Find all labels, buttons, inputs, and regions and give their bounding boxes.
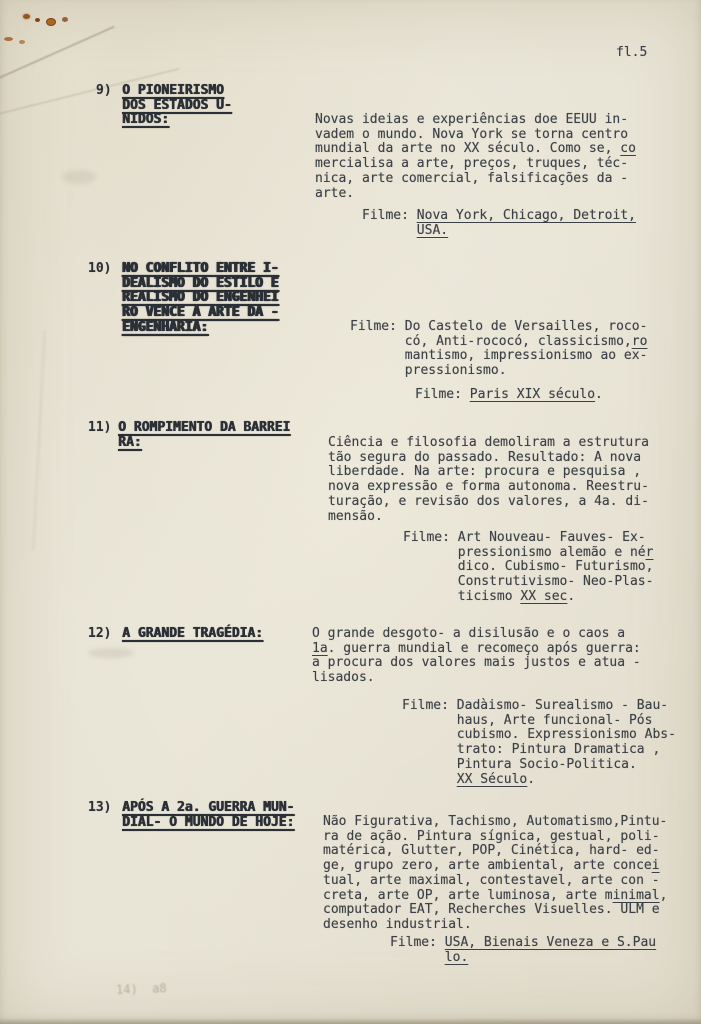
text-line: Filme: USA, Bienais Veneza e S.Pau [390, 936, 656, 951]
text-line: NIDOS: [122, 113, 232, 128]
text-line: pressionismo. [350, 364, 647, 379]
section-body: Não Figurativa, Tachismo, Automatismo,Pi… [323, 815, 667, 933]
filme-entry: Filme: Nova York, Chicago, Detroit, USA. [362, 209, 636, 238]
text-line: Filme: Nova York, Chicago, Detroit, [362, 209, 636, 224]
text-line: trato: Pintura Dramatica , [402, 743, 676, 758]
text-line: cubismo. Expressionismo Abs- [402, 728, 676, 743]
paper-crease [0, 26, 115, 81]
section-heading: O PIONEIRISMODOS ESTADOS U-NIDOS: [122, 84, 232, 128]
text-line: computador EAT, Recherches Visuelles. UL… [323, 903, 667, 918]
ink-smudge [88, 648, 134, 658]
text-line: Filme: Dadàismo- Surealismo - Bau- [402, 699, 676, 714]
text-line: tão segura do passado. Resultado: A nova [328, 451, 649, 466]
text-line: arte. [315, 187, 636, 202]
filme-entry: Filme: Do Castelo de Versailles, roco- c… [350, 320, 647, 379]
text-line: lisados. [312, 671, 641, 686]
section-body: Novas ideias e experiências doe EEUU in-… [315, 113, 636, 201]
text-line: liberdade. Na arte: procura e pesquisa , [328, 465, 649, 480]
section-number: 9) [96, 84, 112, 99]
filme-entry: Filme: USA, Bienais Veneza e S.Pau lo. [390, 936, 656, 965]
rust-stain [23, 14, 30, 19]
text-line: Não Figurativa, Tachismo, Automatismo,Pi… [323, 815, 667, 830]
text-line: O PIONEIRISMO [122, 84, 232, 99]
text-line: vadem o mundo. Nova York se torna centro [315, 128, 636, 143]
text-line: 1a. guerra mundial e recomeço após guerr… [312, 642, 641, 657]
section-heading: APÓS A 2a. GUERRA MUN-DIAL- O MUNDO DE H… [122, 801, 294, 830]
document-page: fl.5 9) O PIONEIRISMODOS ESTADOS U-NIDOS… [0, 0, 701, 1024]
section-heading: O ROMPIMENTO DA BARREIRA: [118, 421, 290, 450]
text-line: Construtivismo- Neo-Plas- [403, 575, 653, 590]
filme-entry: Filme: Paris XIX século. [415, 388, 603, 403]
text-line: mundial da arte no XX século. Como se, c… [315, 142, 636, 157]
section-body: O grande desgoto- a disilusão e o caos a… [312, 627, 641, 686]
text-line: lo. [390, 951, 656, 966]
text-line: Filme: Paris XIX século. [415, 388, 603, 403]
text-line: A GRANDE TRAGÉDIA: [122, 627, 263, 642]
text-line: Filme: Do Castelo de Versailles, roco- [350, 320, 647, 335]
text-line: Filme: Art Nouveau- Fauves- Ex- [403, 531, 653, 546]
filme-entry: Filme: Dadàismo- Surealismo - Bau- haus,… [402, 699, 676, 787]
text-line: tual, arte maximal, contestavel, arte co… [323, 874, 667, 889]
section-body: Ciência e filosofia demoliram a estrutur… [328, 436, 649, 524]
rust-stain [46, 18, 56, 26]
text-line: matérica, Glutter, POP, Cinética, hard- … [323, 844, 667, 859]
text-line: a procura dos valores mais justos e atua… [312, 656, 641, 671]
text-line: pressionismo alemão e nér [403, 546, 653, 561]
text-line: APÓS A 2a. GUERRA MUN- [122, 801, 294, 816]
text-line: dico. Cubismo- Futurismo, [403, 560, 653, 575]
text-line: REALISMO DO ENGENHEI [122, 291, 279, 306]
text-line: ge, grupo zero, arte ambiental, arte con… [323, 859, 667, 874]
text-line: USA. [362, 224, 636, 239]
text-line: DIAL- O MUNDO DE HOJE: [122, 816, 294, 831]
text-line: có, Anti-rococó, classicismo,ro [350, 335, 647, 350]
text-line: ENGENHARIA: [122, 321, 279, 336]
section-heading: A GRANDE TRAGÉDIA: [122, 627, 263, 642]
section-number: 13) [88, 801, 111, 816]
text-line: desenho industrial. [323, 918, 667, 933]
text-line: XX Século. [402, 773, 676, 788]
text-line: mensão. [328, 510, 649, 525]
text-line: nova expressão e forma autonoma. Reestru… [328, 480, 649, 495]
text-line: turação, e revisão dos valores, a 4a. di… [328, 495, 649, 510]
rust-stain [35, 18, 40, 22]
text-line: Pintura Socio-Politica. [402, 758, 676, 773]
pencil-annotation: 14) a8 [116, 981, 167, 997]
text-line: DOS ESTADOS U- [122, 99, 232, 114]
folio-number: fl.5 [616, 46, 647, 61]
text-line: RA: [118, 436, 290, 451]
section-number: 10) [88, 262, 111, 277]
text-line: creta, arte OP, arte luminosa, arte mini… [323, 889, 667, 904]
section-number: 11) [88, 421, 111, 436]
section-heading: NO CONFLITO ENTRE I-DEALISMO DO ESTILO E… [122, 262, 279, 336]
text-line: ra de ação. Pintura sígnica, gestual, po… [323, 830, 667, 845]
text-line: ticismo XX sec. [403, 590, 653, 605]
filme-entry: Filme: Art Nouveau- Fauves- Ex- pression… [403, 531, 653, 605]
section-number: 12) [88, 627, 111, 642]
text-line: nica, arte comercial, falsificações da - [315, 172, 636, 187]
rust-stain [19, 40, 25, 44]
text-line: Novas ideias e experiências doe EEUU in- [315, 113, 636, 128]
text-line: Ciência e filosofia demoliram a estrutur… [328, 436, 649, 451]
text-line: NO CONFLITO ENTRE I- [122, 262, 279, 277]
paper-crease [32, 330, 46, 550]
rust-stain [4, 37, 13, 41]
text-line: O grande desgoto- a disilusão e o caos a [312, 627, 641, 642]
text-line: mantismo, impressionismo ao ex- [350, 349, 647, 364]
text-line: RO VENCE A ARTE DA - [122, 306, 279, 321]
text-line: O ROMPIMENTO DA BARREI [118, 421, 290, 436]
page-edge-shadow [0, 1018, 701, 1024]
ink-smudge [62, 170, 96, 184]
text-line: haus, Arte funcional- Pós [402, 714, 676, 729]
rust-stain [62, 17, 68, 22]
text-line: mercialisa a arte, preços, truques, téc- [315, 157, 636, 172]
